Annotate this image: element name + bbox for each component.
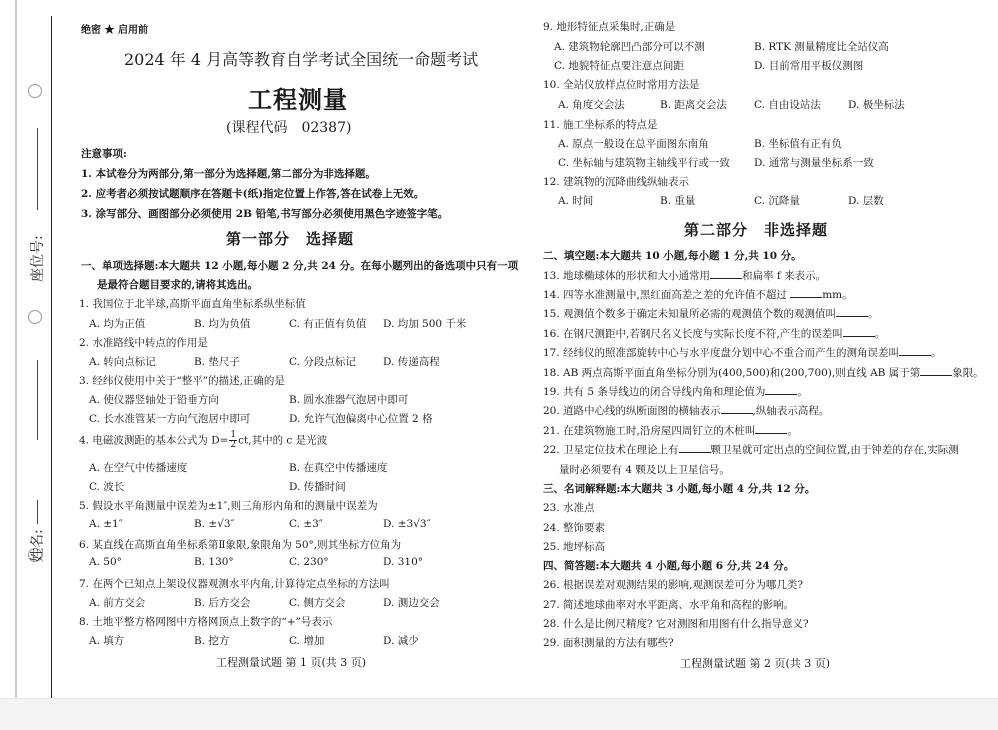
question-11-stem: 11. 施工坐标系的特点是: [543, 117, 658, 132]
q12-option-d: D. 层数: [848, 193, 884, 208]
q6-option-d: D. 310°: [383, 556, 423, 568]
question-10-stem: 10. 全站仪放样点位时常用方法是: [543, 77, 700, 92]
answer-blank: [836, 307, 868, 317]
question-2-stem: 2. 水准路线中转点的作用是: [79, 335, 208, 350]
q9-option-c: C. 地貌特征点要注意点间距: [554, 58, 684, 73]
question-22: 22. 卫星定位技术在理论上有颗卫星就可定出点的空间位置,由于钟差的存在,实际测: [543, 442, 959, 457]
question-3-stem: 3. 经纬仪使用中关于“整平”的描述,正确的是: [79, 373, 285, 388]
notes-title: 注意事项:: [81, 146, 127, 161]
q8-option-c: C. 增加: [289, 633, 324, 648]
exam-title: 2024 年 4 月高等教育自学考试全国统一命题考试: [124, 47, 478, 70]
question-7-stem: 7. 在两个已知点上架设仪器观测水平内角,计算待定点坐标的方法叫: [79, 576, 390, 591]
punch-hole-top: [28, 84, 42, 98]
q1-option-b: B. 均为负值: [194, 316, 250, 331]
course-code: (课程代码 02387): [226, 117, 351, 137]
question-6-stem: 6. 某直线在高斯直角坐标系第Ⅱ象限,象限角为 50°,则其坐标方位角为: [79, 537, 401, 552]
answer-blank: [710, 269, 742, 279]
q3-option-c: C. 长水准管某一方向气泡居中即可: [89, 411, 250, 426]
question-24: 24. 整饰要素: [543, 520, 605, 535]
q6-option-a: A. 50°: [89, 556, 122, 568]
binding-margin-border: [51, 16, 52, 706]
answer-blank: [843, 327, 875, 337]
page2-footer: 工程测量试题 第 2 页(共 3 页): [680, 655, 830, 671]
q3-option-b: B. 圆水准器气泡居中即可: [289, 392, 408, 407]
q5-option-d: D. ±3√3″: [383, 518, 431, 530]
q6-option-c: C. 230°: [289, 556, 329, 568]
answer-blank: [679, 443, 711, 453]
subject-title: 工程测量: [248, 80, 348, 115]
q2-option-b: B. 垫尺子: [194, 354, 240, 369]
short-answer-section-intro: 四、简答题:本大题共 4 小题,每小题 6 分,共 24 分。: [543, 558, 794, 573]
q5-option-c: C. ±3″: [289, 518, 323, 530]
section1-intro-cont: 是最符合题目要求的,请将其选出。: [97, 277, 258, 292]
answer-blank: [790, 288, 822, 298]
q8-option-a: A. 填方: [89, 633, 124, 648]
term-section-intro: 三、名词解释题:本大题共 3 小题,每小题 4 分,共 12 分。: [543, 481, 815, 496]
confidential-mark: 绝密 ★ 启用前: [81, 21, 148, 36]
question-29: 29. 面积测量的方法有哪些?: [543, 635, 674, 650]
q11-option-b: B. 坐标值有正有负: [754, 136, 842, 151]
q2-option-c: C. 分段点标记: [289, 354, 356, 369]
question-17: 17. 经纬仪的照准部旋转中心与水平度盘分划中心不重合而产生的测角误差叫。: [543, 345, 942, 360]
q2-option-a: A. 转向点标记: [89, 354, 156, 369]
q12-option-c: C. 沉降量: [754, 193, 800, 208]
question-23: 23. 水准点: [543, 500, 595, 515]
binding-edge-line: [15, 0, 17, 698]
answer-blank: [755, 424, 787, 434]
q11-option-d: D. 通常与测量坐标系一致: [754, 155, 874, 170]
seat-number-label: 座位号:: [27, 235, 47, 282]
q6-option-b: B. 130°: [194, 556, 234, 568]
name-label: 姓名:: [27, 529, 47, 562]
punch-hole-middle: [28, 310, 42, 324]
question-5-stem: 5. 假设水平角测量中误差为±1″,则三角形内角和的测量中误差为: [79, 498, 378, 513]
seat-number-blank-line: [37, 128, 38, 210]
q1-option-d: D. 均加 500 千米: [383, 316, 466, 331]
q4-stem-post: ct,其中的 c 是光波: [238, 435, 327, 447]
question-28: 28. 什么是比例尺精度? 它对测图和用图有什么指导意义?: [543, 616, 809, 631]
answer-blank: [765, 385, 797, 395]
q4-option-d: D. 传播时间: [289, 479, 346, 494]
name-blank-rule-upper: [37, 360, 38, 440]
q12-option-b: B. 重量: [660, 193, 695, 208]
q8-option-d: D. 减少: [383, 633, 419, 648]
question-27: 27. 简述地球曲率对水平距离、水平角和高程的影响。: [543, 597, 794, 612]
name-blank-line: [37, 500, 38, 524]
part2-title: 第二部分 非选择题: [684, 219, 828, 240]
question-16: 16. 在钢尺测距中,若钢尺名义长度与实际长度不符,产生的误差叫。: [543, 326, 885, 341]
question-8-stem: 8. 土地平整方格网图中方格网顶点上数字的“+”号表示: [79, 614, 332, 629]
question-20: 20. 道路中心线的纵断面图的横轴表示,纵轴表示高程。: [543, 403, 829, 418]
q3-option-a: A. 使仪器竖轴处于铅垂方向: [89, 392, 219, 407]
q8-option-b: B. 挖方: [194, 633, 229, 648]
q7-option-b: B. 后方交会: [194, 595, 250, 610]
question-19: 19. 共有 5 条导线边的闭合导线内角和理论值为。: [543, 384, 808, 399]
q11-option-c: C. 坐标轴与建筑物主轴线平行或一致: [558, 155, 730, 170]
q9-option-a: A. 建筑物轮廓凹凸部分可以不测: [554, 39, 705, 54]
q4-option-a: A. 在空气中传播速度: [89, 460, 187, 475]
q11-option-a: A. 原点一般设在总平面图东南角: [558, 136, 709, 151]
question-12-stem: 12. 建筑物的沉降曲线纵轴表示: [543, 174, 689, 189]
question-14: 14. 四等水准测量中,黑红面高差之差的允许值不超过 mm。: [543, 287, 853, 302]
question-26: 26. 根据误差对观测结果的影响,观测误差可分为哪几类?: [543, 577, 803, 592]
q7-option-c: C. 侧方交会: [289, 595, 345, 610]
q4-stem-pre: 4. 电磁波测距的基本公式为 D=: [79, 435, 228, 447]
q5-option-b: B. ±√3″: [194, 518, 234, 530]
q12-option-a: A. 时间: [558, 193, 593, 208]
scan-bottom-edge: [0, 698, 998, 730]
question-4-stem: 4. 电磁波测距的基本公式为 D=12ct,其中的 c 是光波: [79, 431, 327, 450]
question-1-stem: 1. 我国位于北半球,高斯平面直角坐标系纵坐标值: [79, 296, 306, 311]
question-13: 13. 地球椭球体的形状和大小通常用和扁率 f 来表示。: [543, 268, 826, 283]
question-15: 15. 观测值个数多于确定未知量所必需的观测值个数的观测值叫。: [543, 306, 879, 321]
q1-option-c: C. 有正值有负值: [289, 316, 366, 331]
answer-blank: [920, 366, 952, 376]
question-21: 21. 在建筑物施工时,沿房屋四周钉立的木桩叫。: [543, 423, 798, 438]
q10-option-d: D. 极坐标法: [848, 97, 905, 112]
question-9-stem: 9. 地形特征点采集时,正确是: [543, 19, 675, 34]
question-22-cont: 量时必须要有 4 颗及以上卫星信号。: [559, 462, 730, 477]
q7-option-a: A. 前方交会: [89, 595, 145, 610]
q1-option-a: A. 均为正值: [89, 316, 145, 331]
question-25: 25. 地坪标高: [543, 539, 605, 554]
answer-blank: [721, 404, 753, 414]
q10-option-b: B. 距离交会法: [660, 97, 727, 112]
q4-option-b: B. 在真空中传播速度: [289, 460, 387, 475]
q2-option-d: D. 传递高程: [383, 354, 440, 369]
section1-intro: 一、单项选择题:本大题共 12 小题,每小题 2 分,共 24 分。在每小题列出…: [81, 258, 518, 273]
fraction-one-half: 12: [229, 431, 237, 450]
q3-option-d: D. 允许气泡偏离中心位置 2 格: [289, 411, 433, 426]
fill-section-intro: 二、填空题:本大题共 10 小题,每小题 1 分,共 10 分。: [543, 248, 802, 263]
question-18: 18. AB 两点高斯平面直角坐标分别为(400,500)和(200,700),…: [543, 365, 984, 380]
answer-blank: [899, 346, 931, 356]
q4-option-c: C. 波长: [89, 479, 124, 494]
part1-title: 第一部分 选择题: [226, 228, 354, 249]
q10-option-a: A. 角度交会法: [558, 97, 625, 112]
note-item: 2. 应考者必须按试题顺序在答题卡(纸)指定位置上作答,答在试卷上无效。: [81, 186, 424, 201]
page1-footer: 工程测量试题 第 1 页(共 3 页): [216, 654, 366, 670]
q7-option-d: D. 测边交会: [383, 595, 440, 610]
q9-option-b: B. RTK 测量精度比全站仪高: [754, 39, 889, 54]
note-item: 1. 本试卷分为两部分,第一部分为选择题,第二部分为非选择题。: [81, 166, 376, 181]
note-item: 3. 涂写部分、画图部分必须使用 2B 铅笔,书写部分必须使用黑色字迹签字笔。: [81, 206, 448, 221]
q5-option-a: A. ±1″: [89, 518, 123, 530]
q10-option-c: C. 自由设站法: [754, 97, 821, 112]
q9-option-d: D. 目前常用平板仪测图: [754, 58, 863, 73]
